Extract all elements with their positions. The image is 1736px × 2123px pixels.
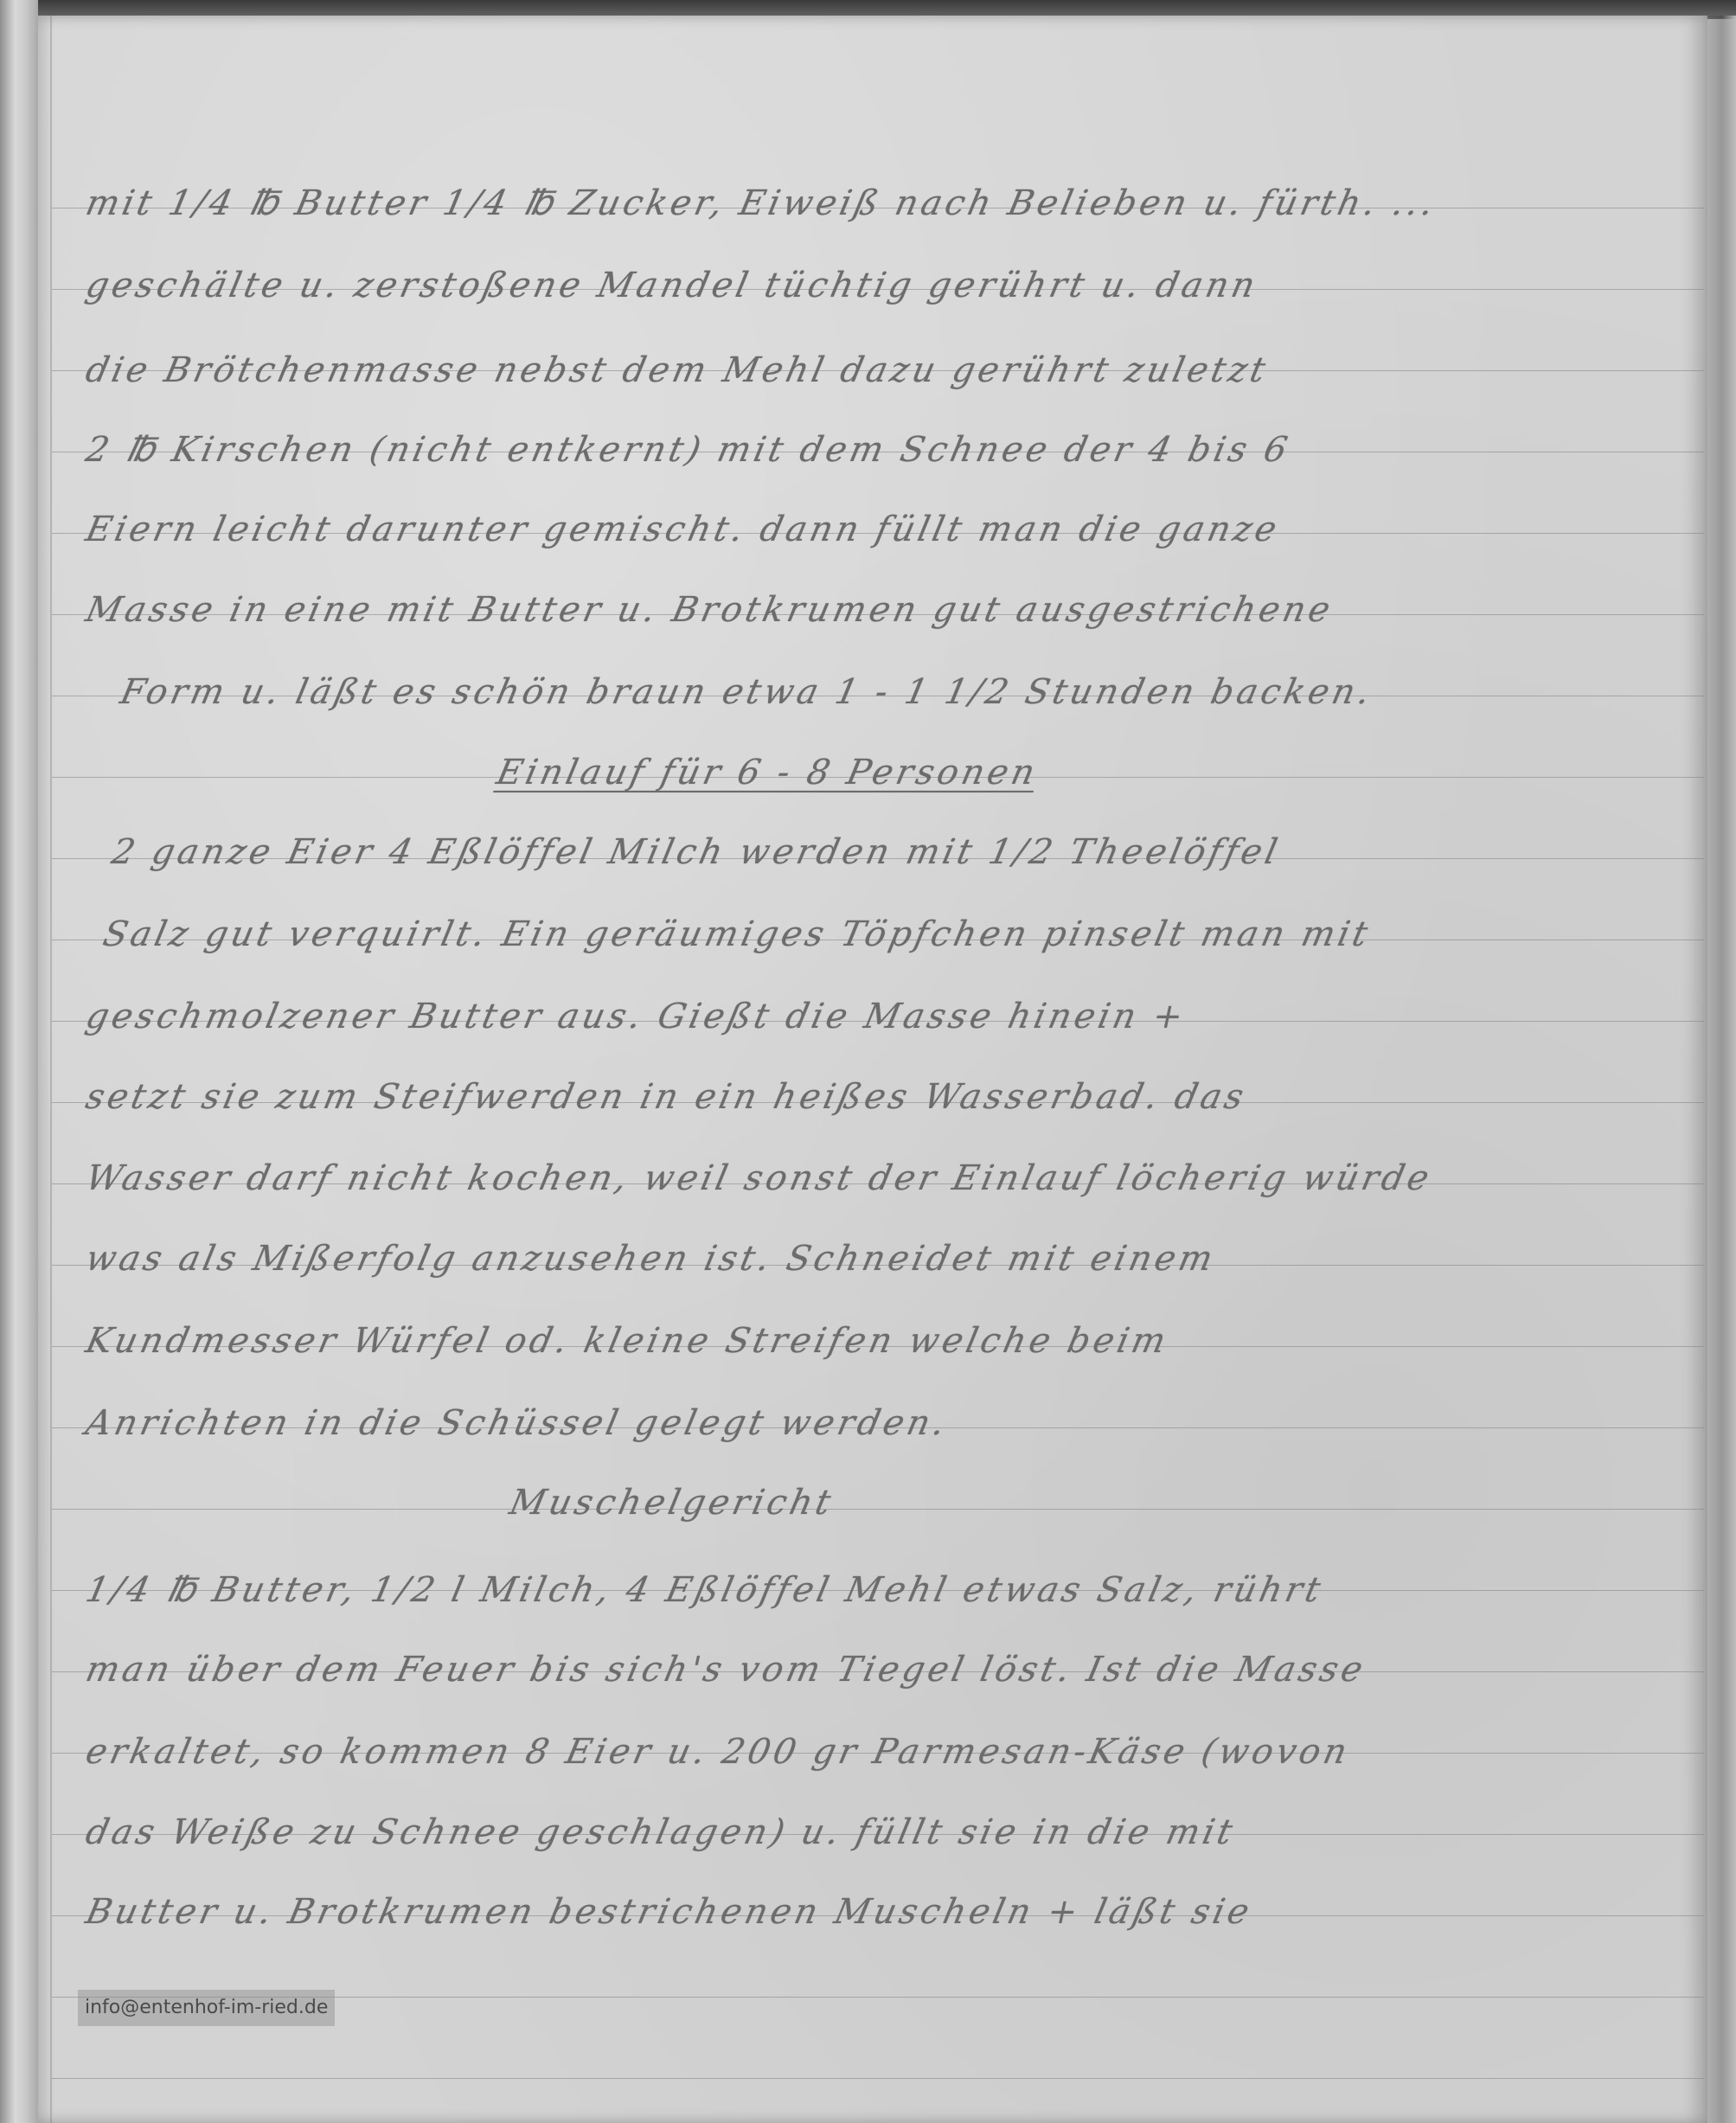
handwritten-line: 1/4 ℔ Butter, 1/2 l Milch, 4 Eßlöffel Me… bbox=[78, 1551, 1736, 1629]
handwritten-line: Butter u. Brotkrumen bestrichenen Musche… bbox=[78, 1873, 1736, 1951]
book-binding-edge bbox=[0, 0, 38, 2123]
watermark-email: info@entenhof-im-ried.de bbox=[78, 1990, 335, 2026]
recipe-heading: Einlauf für 6 - 8 Personen bbox=[489, 734, 1736, 811]
handwritten-line: mit 1/4 ℔ Butter 1/4 ℔ Zucker, Eiweiß na… bbox=[78, 164, 1736, 242]
ruled-line bbox=[52, 2078, 1704, 2079]
handwritten-line: geschälte u. zerstoßene Mandel tüchtig g… bbox=[78, 247, 1736, 324]
handwritten-line: 2 ℔ Kirschen (nicht entkernt) mit dem Sc… bbox=[78, 411, 1736, 489]
handwritten-line: was als Mißerfolg anzusehen ist. Schneid… bbox=[78, 1220, 1736, 1298]
handwritten-line: Masse in eine mit Butter u. Brotkrumen g… bbox=[78, 571, 1736, 649]
handwritten-line: die Brötchenmasse nebst dem Mehl dazu ge… bbox=[78, 331, 1736, 409]
handwritten-line: geschmolzener Butter aus. Gießt die Mass… bbox=[78, 978, 1736, 1055]
handwritten-line: man über dem Feuer bis sich's vom Tiegel… bbox=[78, 1631, 1736, 1709]
handwritten-line: Anrichten in die Schüssel gelegt werden. bbox=[78, 1384, 1736, 1462]
handwritten-line: 2 ganze Eier 4 Eßlöffel Milch werden mit… bbox=[104, 813, 1736, 891]
handwritten-line: Kundmesser Würfel od. kleine Streifen we… bbox=[78, 1302, 1736, 1380]
handwritten-line: Form u. läßt es schön braun etwa 1 - 1 1… bbox=[112, 653, 1736, 731]
handwritten-line: Salz gut verquirlt. Ein geräumiges Töpfc… bbox=[95, 895, 1736, 973]
page-margin-line bbox=[50, 16, 52, 2123]
handwritten-line: Wasser darf nicht kochen, weil sonst der… bbox=[78, 1139, 1736, 1217]
handwritten-line: das Weiße zu Schnee geschlagen) u. füllt… bbox=[78, 1793, 1736, 1871]
handwritten-line: Eiern leicht darunter gemischt. dann fül… bbox=[78, 491, 1736, 568]
handwritten-line: erkaltet, so kommen 8 Eier u. 200 gr Par… bbox=[78, 1713, 1736, 1791]
recipe-heading: Muschelgericht bbox=[502, 1464, 1736, 1542]
handwritten-line: setzt sie zum Steifwerden in ein heißes … bbox=[78, 1058, 1736, 1136]
